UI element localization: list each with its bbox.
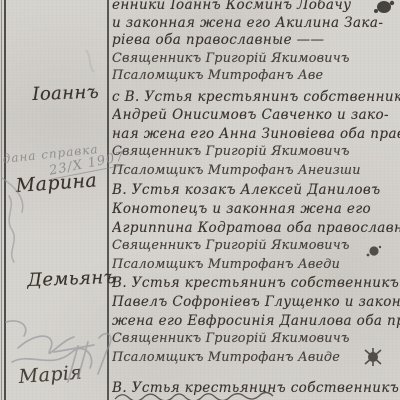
record-line: и законная жена его Акилина Зака- <box>112 15 400 33</box>
column-divider-rule <box>107 0 109 400</box>
name-entry-maria: Марія <box>18 362 83 388</box>
record-line: Андрей Онисимовъ Савченко и зако- <box>112 106 400 124</box>
record-line-psalmist: Псаломщикъ Митрофанъ Авиде <box>112 349 400 368</box>
record-block-ioann: с В. Устья крестьянинъ собственникъ Андр… <box>112 88 400 180</box>
record-line-priest: Священникъ Григорій Якимовичъ <box>112 143 400 161</box>
record-line-psalmist: Псаломщикъ Митрофанъ Аве <box>112 67 400 85</box>
record-line: В. Устья козакъ Алексей Даниловъ <box>112 181 400 200</box>
record-line-psalmist: Псаломщикъ Митрофанъ Аведи <box>112 256 400 275</box>
register-page-scan: Іоаннъ Марина Демьянъ Марія дана справка… <box>0 0 400 400</box>
record-line: ріева оба православные —— <box>112 32 400 50</box>
name-entry-demyan: Демьянъ <box>27 267 116 291</box>
record-line: В. Устья крестьянинъ собственникъ <box>112 379 400 397</box>
record-line-priest: Священникъ Григорій Якимовичъ <box>112 237 400 256</box>
record-block-maria: В. Устья крестьянинъ собственникъ <box>112 379 400 397</box>
record-line: енники Іоаннъ Косминъ Лобачу <box>112 0 400 15</box>
name-entry-ioann: Іоаннъ <box>32 82 99 105</box>
record-line-priest: Священникъ Григорій Якимовичъ <box>112 330 400 349</box>
record-block-marina: В. Устья козакъ Алексей Даниловъ Конотоп… <box>112 181 400 275</box>
record-line: с В. Устья крестьянинъ собственникъ <box>112 88 400 106</box>
record-line: Конотопецъ и законная жена его <box>112 200 400 219</box>
left-margin-rule-outer <box>1 0 2 400</box>
record-line: Павелъ Софроніевъ Глущенко и законн <box>112 293 400 312</box>
record-line: жена его Евфросинія Данилова оба правосл… <box>112 312 400 331</box>
record-line-priest: Священникъ Григорій Якимовичъ <box>112 50 400 68</box>
record-line: Агриппина Кодратова оба православны <box>112 219 400 238</box>
record-line-psalmist: Псаломщикъ Митрофанъ Анеизши <box>112 162 400 180</box>
record-block-demyan: В. Устья крестьянинъ собственникъ Павелъ… <box>112 274 400 368</box>
left-margin-rule-inner <box>4 0 6 400</box>
pencil-smudge <box>86 50 94 72</box>
record-block-carryover: енники Іоаннъ Косминъ Лобачу и законная … <box>112 0 400 85</box>
record-line: ная жена его Анна Зиновіева оба правосла… <box>112 125 400 143</box>
record-line: В. Устья крестьянинъ собственникъ <box>112 274 400 293</box>
